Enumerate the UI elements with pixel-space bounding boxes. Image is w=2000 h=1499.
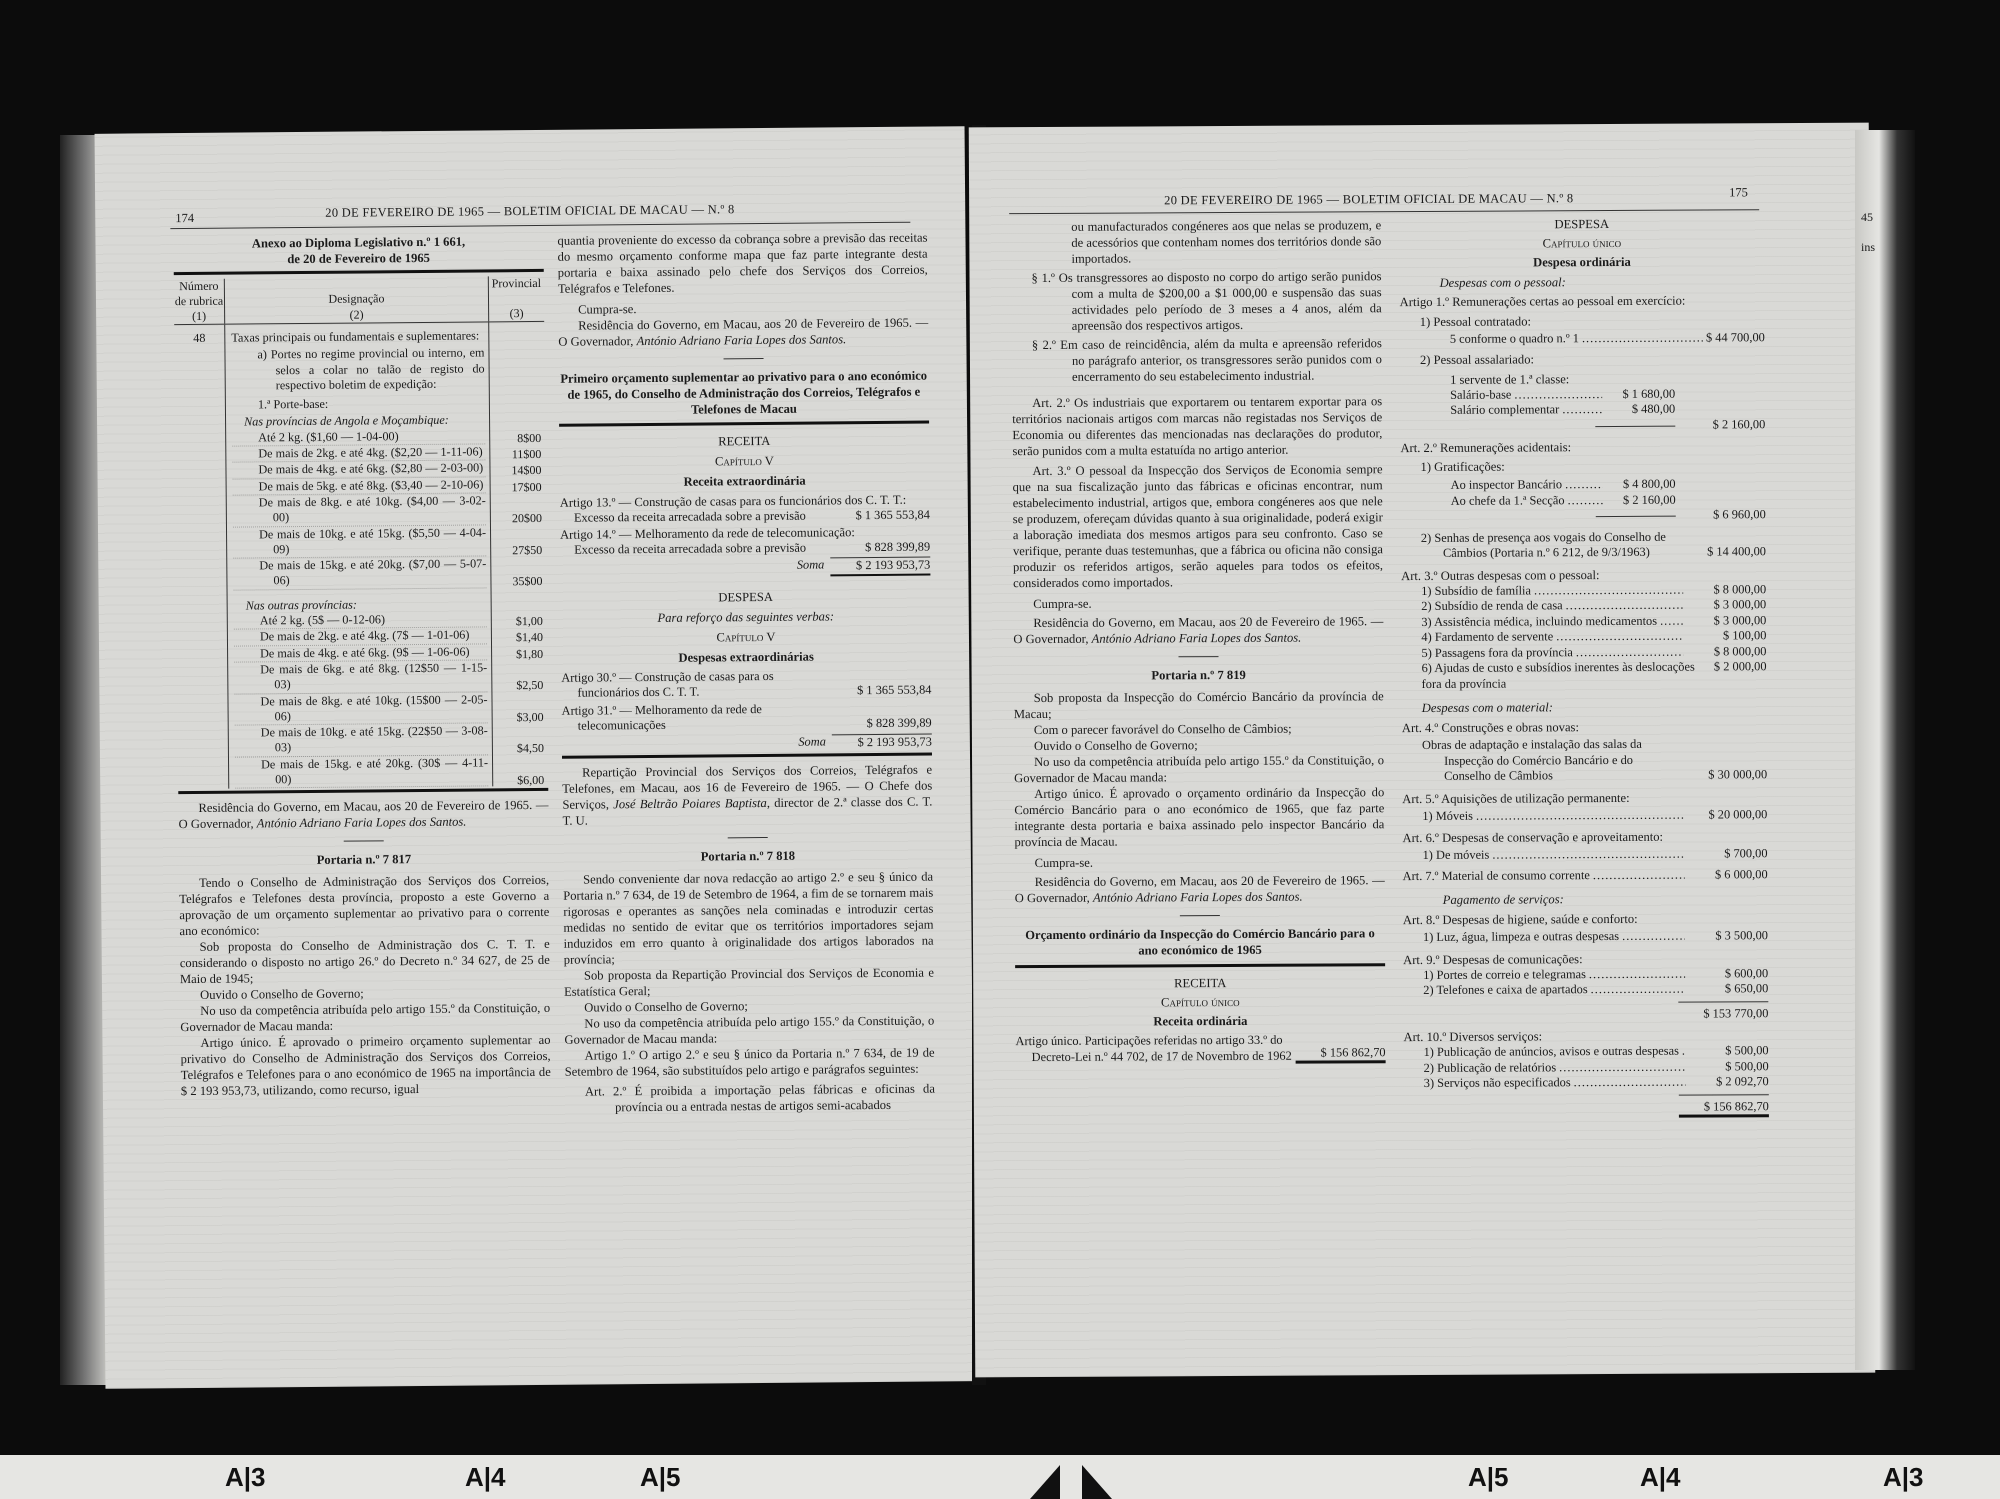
row-amount: $ 3 000,00 (1686, 613, 1766, 629)
despesa-note: Para reforço das seguintes verbas: (561, 607, 931, 626)
leader-dots (1582, 331, 1703, 347)
signature: Residência do Governo, em Macau, aos 20 … (1015, 872, 1385, 906)
film-marker: A|4 (1640, 1462, 1681, 1493)
row-amount: $ 2 160,00 (1675, 417, 1765, 433)
art1-2: 2) Pessoal assalariado: (1400, 350, 1765, 368)
running-header: 20 DE FEVEREIRO DE 1965 — BOLETIM OFICIA… (1164, 191, 1573, 208)
row-desc: 2) Telefones e caixa de apartados (1423, 982, 1587, 998)
art10: Art. 10.º Diversos serviços: (1403, 1027, 1768, 1045)
annex-title: Anexo ao Diploma Legislativo n.º 1 661, … (173, 233, 543, 268)
receita-amount: $ 156 862,70 (1296, 1045, 1386, 1064)
row-desc: Excesso da receita arrecadada sobre a pr… (574, 540, 806, 558)
row-desc: 1) Subsídio de família (1421, 583, 1531, 599)
receita-heading: RECEITA (559, 432, 929, 451)
leader-dots (1682, 1044, 1686, 1060)
art1-2-sub: 1 servente de 1.ª classe: (1400, 370, 1765, 388)
portaria-7817-body: Tendo o Conselho de Administração dos Se… (179, 872, 551, 1099)
paragraph: Sendo conveniente dar nova redacção ao a… (563, 869, 934, 968)
receita-total-row: Soma $ 2 193 953,73 (560, 557, 930, 579)
despesa-row: Artigo 30.º — Construção de casas para o… (561, 667, 931, 701)
paragraph: No uso da competência atribuída pelo art… (564, 1013, 934, 1048)
row-amount: $ 20 000,00 (1687, 807, 1767, 823)
despesa-row: Artigo 31.º — Melhoramento da rede de te… (562, 700, 932, 734)
despesa-subtitle: Despesas extraordinárias (561, 647, 931, 666)
soma-amount: $ 2 193 953,73 (830, 557, 930, 576)
art8: Art. 8.º Despesas de higiene, saúde e co… (1403, 910, 1768, 928)
annex-table-body: 48 Taxas principais ou fundamentais e su… (174, 322, 548, 790)
porte-base: 1.ª Porte-base: (232, 396, 485, 414)
designation-cell: Taxas principais ou fundamentais e suple… (225, 322, 493, 789)
film-strip (0, 1455, 2000, 1499)
row-desc: 3) Serviços não especificados (1424, 1075, 1571, 1091)
art2-2-row: 2) Senhas de presença aos vogais do Cons… (1401, 529, 1766, 562)
section-divider (1180, 915, 1220, 916)
film-marker: A|3 (225, 1462, 266, 1493)
col-num: (2) (225, 306, 488, 323)
art8-row: 1) Luz, água, limpeza e outras despesas$… (1403, 928, 1768, 945)
art2: Art. 2.º Remunerações acidentais: (1400, 438, 1765, 456)
tariff-row: De mais de 6kg. e até 8kg. (12$50 — 1-15… (234, 660, 487, 694)
despesa-subtitle: Despesa ordinária (1399, 253, 1764, 271)
despesa-column: DESPESA Capítulo único Despesa ordinária… (1399, 215, 1769, 1119)
row-desc: Art. 7.º Material de consumo corrente (1403, 868, 1590, 884)
art6: Art. 6.º Despesas de conservação e aprov… (1402, 828, 1767, 846)
leader-dots (1562, 402, 1602, 418)
annex-table-header: Número de rubrica (1) Designação (2) Pro… (174, 276, 544, 325)
col-header-provincial: Provincial (3) (489, 276, 544, 321)
art4-row: Obras de adaptação e instalação das sala… (1402, 736, 1767, 784)
budget-row: Ao inspector Bancário$ 4 800,00 (1401, 477, 1676, 494)
despesa-heading: DESPESA (1399, 215, 1764, 233)
supplementary-budget-title: Primeiro orçamento suplementar ao privat… (559, 368, 929, 419)
receita-row: Excesso da receita arrecadada sobre a pr… (560, 508, 930, 527)
row-amount: $ 2 000,00 (1705, 659, 1767, 690)
film-marker: A|4 (465, 1462, 506, 1493)
section-divider (344, 841, 384, 842)
paragraph: Ouvido o Conselho de Governo; (1014, 736, 1384, 754)
art2-1-rows: Ao inspector Bancário$ 4 800,00Ao chefe … (1401, 476, 1766, 509)
row-amount: $ 8 000,00 (1686, 582, 1766, 598)
tariff-row: De mais de 15kg. e até 20kg. (30$ — 4-11… (235, 755, 488, 789)
row-desc: Excesso da receita arrecadada sobre a pr… (574, 509, 806, 527)
article-3: Art. 3.º O pessoal da Inspecção dos Serv… (1012, 461, 1383, 591)
row-desc: Ao inspector Bancário (1451, 477, 1563, 493)
rubric-number: 48 (174, 325, 229, 790)
portaria-7817-title: Portaria n.º 7 817 (179, 850, 549, 869)
tariff-value: $6,00 (517, 773, 544, 789)
budget-signoff: Repartição Provincial dos Serviços dos C… (562, 762, 933, 829)
despesa-chapter: Capítulo V (561, 627, 931, 646)
row-desc: 1) Móveis (1422, 808, 1473, 824)
row-amount: $ 14 400,00 (1676, 544, 1766, 560)
leader-dots (1593, 867, 1685, 883)
portaria-7819-body: Sob proposta da Inspecção do Comércio Ba… (1014, 688, 1385, 850)
article-2: Art. 2.º Os industriais que exportarem o… (1012, 393, 1382, 459)
art5: Art. 5.º Aquisições de utilização perman… (1402, 789, 1767, 807)
tariff-row: De mais de 10kg. e até 15kg. (22$50 — 3-… (235, 724, 488, 758)
tariff-row: De mais de 8kg. e até 10kg. (15$00 — 2-0… (234, 692, 487, 726)
row-amount: $ 1 680,00 (1605, 386, 1675, 402)
row-amount: $ 650,00 (1688, 981, 1768, 997)
row-desc: 3) Assistência médica, incluindo medicam… (1421, 613, 1657, 630)
row-desc: 1) De móveis (1423, 848, 1490, 864)
row-amount: $ 828 399,89 (822, 716, 932, 732)
row-desc: Salário-base (1450, 387, 1511, 403)
section-divider (1179, 656, 1219, 657)
budget-row: Salário-base$ 1 680,00 (1400, 386, 1675, 403)
section-material: Despesas com o material: (1402, 698, 1767, 716)
art1: Artigo 1.º Remunerações certas ao pessoa… (1400, 292, 1765, 310)
portaria-7819-title: Portaria n.º 7 819 (1014, 666, 1384, 684)
receita-heading: RECEITA (1015, 974, 1385, 992)
art3: Art. 3.º Outras despesas com o pessoal: (1401, 566, 1766, 584)
budget-row: 2) Telefones e caixa de apartados$ 650,0… (1403, 981, 1768, 998)
leader-dots (1492, 847, 1684, 864)
right-left-column: ou manufacturados congéneres aos que nel… (1011, 217, 1385, 1065)
leader-dots (1660, 613, 1683, 629)
paragraph-2: § 2.º Em caso de reincidência, além da m… (1012, 335, 1382, 385)
despesa-total-row: Soma $ 2 193 953,73 (562, 733, 932, 753)
art2-start: Art. 2.º É proibida a importação pelas f… (565, 1081, 935, 1116)
leader-dots (1622, 929, 1685, 945)
row-amount: $ 600,00 (1688, 966, 1768, 982)
paragraph: Sob proposta da Inspecção do Comércio Ba… (1014, 688, 1384, 722)
art10-rows: 1) Publicação de anúncios, avisos e outr… (1404, 1043, 1769, 1091)
margin-fragment: 45 (1861, 210, 1873, 225)
ordinary-budget-title: Orçamento ordinário da Inspecção do Comé… (1015, 925, 1385, 959)
page-number: 175 (1729, 185, 1748, 200)
right-page: 20 DE FEVEREIRO DE 1965 — BOLETIM OFICIA… (969, 123, 1876, 1378)
header-rule (170, 222, 910, 229)
portaria-7818-title: Portaria n.º 7 818 (563, 847, 933, 866)
row-desc: 1) Portes de correio e telegramas (1423, 967, 1586, 983)
receita-chapter: Capítulo único (1015, 993, 1385, 1011)
row-desc: Artigo 30.º — Construção de casas para o… (561, 668, 821, 701)
despesa-items: Artigo 30.º — Construção de casas para o… (561, 667, 932, 734)
tariff-value: 35$00 (512, 574, 542, 590)
annex-column: Anexo ao Diploma Legislativo n.º 1 661, … (173, 233, 551, 1100)
row-amount: $ 2 160,00 (1606, 492, 1676, 508)
subtotal-rule (1596, 516, 1676, 524)
despesa-heading: DESPESA (561, 587, 931, 606)
art9-rows: 1) Portes de correio e telegramas$ 600,0… (1403, 966, 1768, 999)
signature: Residência do Governo, em Macau, aos 20 … (1013, 613, 1383, 647)
paragraph: Artigo único. É aprovado o orçamento ord… (1014, 784, 1384, 850)
middle-column: quantia proveniente do excesso da cobran… (557, 230, 935, 1116)
section-divider (728, 837, 768, 838)
paragraph: Sob proposta da Repartição Provincial do… (564, 965, 934, 1000)
col-num: (3) (489, 306, 544, 321)
art5-row: 1) Móveis$ 20 000,00 (1402, 807, 1767, 824)
row-amount: $ 8 000,00 (1686, 644, 1766, 660)
soma-amount: $ 2 193 953,73 (832, 733, 932, 750)
art1-2-total: $ 2 160,00 (1400, 417, 1765, 434)
tariff-value: $1,00 (516, 614, 543, 630)
subtotal-rule (1595, 425, 1675, 433)
paragraph: Artigo único. É aprovado o primeiro orça… (180, 1032, 551, 1099)
row-desc: Obras de adaptação e instalação das sala… (1422, 737, 1677, 785)
art9: Art. 9.º Despesas de comunicações: (1403, 950, 1768, 968)
governor-name: António Adriano Faria Lopes dos Santos. (636, 332, 846, 348)
receita-items: Artigo 13.º — Construção de casas para o… (560, 492, 931, 558)
annex-title-line2: de 20 de Fevereiro de 1965 (174, 249, 544, 268)
budget-row: 3) Serviços não especificados$ 2 092,70 (1404, 1074, 1769, 1091)
tariff-row: De mais de 15kg. e até 20kg. ($7,00 — 5-… (233, 557, 486, 591)
art2-continuation: ou manufacturados congéneres aos que nel… (1011, 217, 1381, 267)
budget-row: Ao chefe da 1.ª Secção$ 2 160,00 (1401, 492, 1676, 509)
film-marker: A|3 (1883, 1462, 1924, 1493)
col-label: Número de rubrica (174, 279, 224, 309)
leader-dots (1556, 629, 1683, 645)
group1-list: Até 2 kg. ($1,60 — 1-04-00)De mais de 2k… (232, 428, 486, 590)
row-desc: 2) Senhas de presença aos vogais do Cons… (1421, 529, 1676, 561)
margin-fragment: ins (1861, 240, 1875, 255)
section-divider (724, 358, 764, 359)
receita-desc: Artigo único. Participações referidas no… (1015, 1033, 1295, 1065)
paragraph: No uso da competência atribuída pelo art… (180, 1000, 550, 1035)
art2-1: 1) Gratificações: (1400, 457, 1765, 475)
portaria-7817-signature: Residência do Governo, em Macau, aos 20 … (558, 315, 928, 350)
leader-dots (1534, 582, 1683, 598)
cumpra-se: Cumpra-se. (1013, 594, 1383, 612)
soma-label: Soma (560, 557, 824, 578)
header-rule (1009, 209, 1759, 214)
tariff-value: $2,50 (516, 678, 543, 694)
running-header: 20 DE FEVEREIRO DE 1965 — BOLETIM OFICIA… (325, 202, 734, 221)
leader-dots (1476, 807, 1684, 824)
governor-name: António Adriano Faria Lopes dos Santos. (1093, 890, 1303, 905)
total-amount: $ 156 862,70 (1679, 1094, 1769, 1118)
leader-dots (1568, 493, 1603, 509)
subtotal-amount: $ 153 770,00 (1678, 1001, 1768, 1022)
col-label: Designação (225, 290, 488, 307)
row-amount: $ 100,00 (1686, 628, 1766, 644)
row-amount: $ 4 800,00 (1606, 477, 1676, 493)
annex-signature: Residência do Governo, em Macau, aos 20 … (178, 797, 548, 832)
row-desc: Artigo 31.º — Melhoramento da rede de te… (562, 701, 822, 734)
row-desc: 2) Publicação de relatórios (1424, 1060, 1557, 1076)
row-amount: $ 6 960,00 (1676, 507, 1766, 523)
receita-row: Artigo único. Participações referidas no… (1015, 1032, 1385, 1065)
subtotal-row: $ 153 770,00 (1403, 1001, 1768, 1023)
row-amount: $ 1 365 553,84 (855, 508, 929, 524)
col-num: (1) (174, 309, 224, 324)
group2-list: Até 2 kg. (5$ — 0-12-06)De mais de 2kg. … (234, 611, 489, 788)
tariff-value: $3,00 (517, 710, 544, 726)
row-desc: Salário complementar (1450, 402, 1559, 418)
annex-bottom-rule (178, 788, 548, 794)
film-marker: A|5 (640, 1462, 681, 1493)
art7-row: Art. 7.º Material de consumo corrente$ 6… (1403, 867, 1768, 884)
row-amount: $ 44 700,00 (1706, 330, 1765, 346)
section-pessoal: Despesas com o pessoal: (1400, 273, 1765, 291)
tariff-value: $1,80 (516, 647, 543, 663)
row-amount: $ 500,00 (1689, 1059, 1769, 1075)
receita-subtitle: Receita extraordinária (560, 472, 930, 491)
portaria-7817-continuation: quantia proveniente do excesso da cobran… (557, 230, 928, 297)
annex-rule (174, 269, 544, 275)
row-amount: $ 3 500,00 (1688, 928, 1768, 944)
portaria-7818-body: Sendo conveniente dar nova redacção ao a… (563, 869, 935, 1080)
paragraph: Artigo 1.º O artigo 2.º e seu § único da… (565, 1045, 935, 1080)
row-desc: 6) Ajudas de custo e subsídios inerentes… (1422, 660, 1700, 692)
tariff-value: $1,40 (516, 630, 543, 646)
provincial-values: 8$0011$0014$0017$0020$0027$5035$00$1,00$… (489, 322, 548, 787)
row-amount: $ 700,00 (1688, 846, 1768, 862)
row-amount: $ 30 000,00 (1677, 767, 1767, 783)
tariff-value: 8$00 (517, 431, 541, 447)
group1-title: Nas províncias de Angola e Moçambique: (232, 413, 485, 431)
paragraph-1: § 1.º Os transgressores ao disposto no c… (1011, 268, 1381, 334)
tariff-row: De mais de 8kg. e até 10kg. ($4,00 — 3-0… (233, 493, 486, 527)
annex-intro: Taxas principais ou fundamentais e suple… (231, 328, 484, 346)
leader-dots (1565, 477, 1603, 493)
row-desc: 1) Luz, água, limpeza e outras despesas (1423, 929, 1619, 946)
budget-row: Salário complementar$ 480,00 (1400, 402, 1675, 419)
art1-1-row: 5 conforme o quadro n.º 1$ 44 700,00 (1400, 330, 1765, 347)
budget-row: 6) Ajudas de custo e subsídios inerentes… (1402, 659, 1767, 692)
row-desc: 5) Passagens fora da província (1421, 645, 1572, 661)
paragraph: Tendo o Conselho de Administração dos Se… (179, 872, 550, 939)
film-marker: A|5 (1468, 1462, 1509, 1493)
leader-dots (1566, 598, 1684, 614)
chief-name: José Beltrão Poiares Baptista (613, 796, 767, 811)
despesa-rule (562, 753, 932, 759)
total-row: $ 156 862,70 (1404, 1094, 1769, 1119)
section-servicos: Pagamento de serviços: (1403, 890, 1768, 908)
row-amount: $ 500,00 (1689, 1043, 1769, 1059)
leader-dots (1576, 644, 1684, 660)
page-number: 174 (175, 211, 194, 226)
col-header-designation: Designação (2) (225, 276, 489, 323)
row-desc: 1) Publicação de anúncios, avisos e outr… (1424, 1044, 1679, 1061)
col-header-rubric: Número de rubrica (1) (174, 279, 225, 324)
row-amount: $ 480,00 (1605, 402, 1675, 418)
row-amount: $ 828 399,89 (865, 539, 930, 555)
row-desc: 4) Fardamento de servente (1421, 629, 1553, 645)
leader-dots (1591, 982, 1686, 998)
soma-label: Soma (562, 734, 826, 753)
tariff-value: 14$00 (511, 463, 541, 479)
tariff-value: 20$00 (512, 511, 542, 527)
art1-1: 1) Pessoal contratado: (1400, 312, 1765, 330)
budget-rule (1015, 963, 1385, 968)
right-page-edge: 45 ins (1855, 130, 1915, 1370)
row-desc: 5 conforme o quadro n.º 1 (1450, 331, 1579, 347)
paragraph: No uso da competência atribuída pelo art… (1014, 752, 1384, 786)
row-desc: 2) Subsídio de renda de casa (1421, 598, 1563, 614)
row-amount: $ 2 092,70 (1689, 1074, 1769, 1090)
art2-1-total: $ 6 960,00 (1401, 507, 1766, 524)
tariff-row: De mais de 10kg. e até 15kg. ($5,50 — 4-… (233, 525, 486, 559)
annex-item-a: a) Portes no regime provincial ou intern… (231, 346, 484, 394)
paragraph: Sob proposta do Conselho de Administraçã… (180, 936, 550, 987)
governor-name: António Adriano Faria Lopes dos Santos. (257, 815, 467, 831)
row-amount: $ 1 365 553,84 (821, 683, 931, 699)
cumpra-se: Cumpra-se. (1015, 853, 1385, 871)
row-amount: $ 3 000,00 (1686, 597, 1766, 613)
row-amount: $ 6 000,00 (1688, 867, 1768, 883)
col-label: Provincial (489, 276, 544, 291)
leader-dots (1589, 966, 1685, 982)
receita-subtitle: Receita ordinária (1015, 1012, 1385, 1030)
despesa-chapter: Capítulo único (1399, 234, 1764, 252)
leader-dots (1514, 387, 1602, 403)
leader-dots (1574, 1075, 1686, 1091)
leader-dots (1559, 1059, 1686, 1075)
tariff-value: $4,50 (517, 741, 544, 757)
budget-rule (559, 421, 929, 427)
frame-arrow-right-icon (1082, 1465, 1112, 1499)
art1-2-rows: Salário-base$ 1 680,00Salário complement… (1400, 386, 1765, 419)
art3-rows: 1) Subsídio de família$ 8 000,002) Subsí… (1401, 582, 1767, 692)
paragraph: Com o parecer favorável do Conselho de C… (1014, 720, 1384, 738)
tariff-value: 11$00 (512, 447, 542, 463)
governor-name: António Adriano Faria Lopes dos Santos. (1092, 631, 1302, 646)
tariff-value: 17$00 (512, 480, 542, 496)
frame-arrow-left-icon (1030, 1465, 1060, 1499)
receita-chapter: Capítulo V (559, 452, 929, 471)
receita-row: Excesso da receita arrecadada sobre a pr… (560, 539, 930, 558)
left-page: 174 20 DE FEVEREIRO DE 1965 — BOLETIM OF… (95, 126, 976, 1389)
art4: Art. 4.º Construções e obras novas: (1402, 718, 1767, 736)
row-desc: Ao chefe da 1.ª Secção (1451, 493, 1565, 509)
art6-row: 1) De móveis$ 700,00 (1403, 846, 1768, 863)
tariff-value: 27$50 (512, 543, 542, 559)
